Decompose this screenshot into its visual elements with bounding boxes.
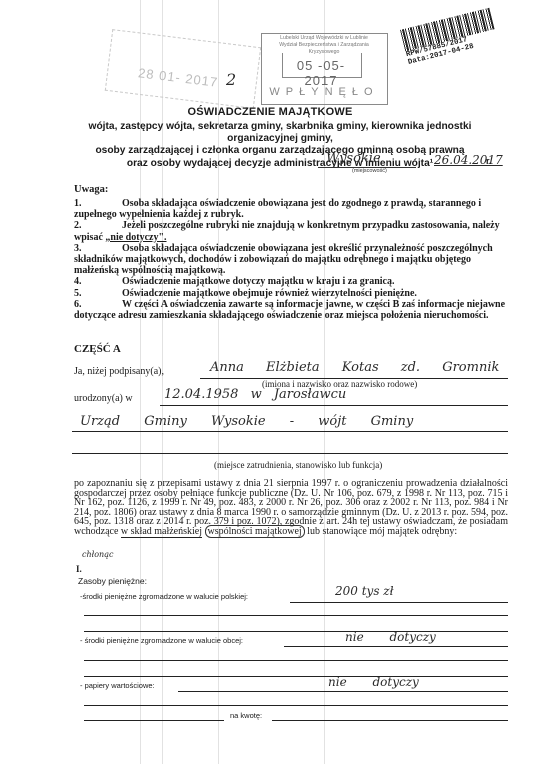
note-number: 2. — [74, 220, 122, 231]
field-line — [284, 646, 508, 647]
margin-handwritten-note: chłonąc — [82, 550, 113, 559]
part-a-heading: CZĘŚĆ A — [74, 343, 121, 355]
date-field-value[interactable]: 26.04.2017 — [434, 153, 503, 167]
employment-field-value[interactable]: Urząd Gminy Wysokie - wójt Gminy — [80, 414, 413, 429]
field-value-foreign-funds[interactable]: nie dotyczy — [345, 630, 436, 644]
note-text: Jeżeli poszczególne rubryki nie znajdują… — [122, 220, 500, 231]
notes-list: 1.Osoba składająca oświadczenie obowiąza… — [74, 198, 510, 321]
incoming-stamp-mark: 2 — [226, 70, 236, 89]
amount-field-line[interactable] — [272, 720, 508, 721]
note-number: 3. — [74, 243, 122, 254]
field-line — [290, 602, 508, 603]
employment-field-line — [72, 431, 508, 432]
field-label-securities: - papiery wartościowe: — [80, 681, 155, 690]
field-line — [178, 691, 508, 692]
note-item: 5.Oświadczenie majątkowe obejmuje równie… — [74, 288, 510, 299]
born-field-line — [160, 405, 508, 406]
note-text: Oświadczenie majątkowe obejmuje również … — [122, 288, 417, 299]
field-label-pln-funds: -środki pieniężne zgromadzone w walucie … — [80, 592, 248, 601]
field-value-pln-funds[interactable]: 200 tys zł — [335, 584, 394, 598]
incoming-stamp-frame — [105, 29, 261, 109]
note-text: Oświadczenie majątkowe dotyczy majątku w… — [122, 276, 394, 287]
note-item: 2.Jeżeli poszczególne rubryki nie znajdu… — [74, 220, 510, 242]
note-text-cont: składników majątkowych, dochodów i zobow… — [74, 254, 510, 276]
document-title: OŚWIADCZENIE MAJĄTKOWE — [0, 106, 540, 118]
employment-field-caption: (miejsce zatrudnienia, stanowisko lub fu… — [214, 460, 382, 470]
note-item: 6.W części A oświadczenia zawarte są inf… — [74, 299, 510, 321]
statement-text: po zapoznaniu się z przepisami ustawy z … — [74, 479, 508, 537]
note-text: Osoba składająca oświadczenie obowiązana… — [122, 243, 493, 254]
notes-heading: Uwaga: — [74, 184, 108, 195]
note-item: 1.Osoba składająca oświadczenie obowiąza… — [74, 198, 510, 220]
note-text: Osoba składająca oświadczenie obowiązana… — [122, 198, 481, 209]
note-number: 1. — [74, 198, 122, 209]
born-label: urodzony(a) w — [74, 393, 133, 404]
date-suffix: r. — [486, 156, 492, 166]
field-line — [84, 660, 508, 661]
place-field-value[interactable]: Wysokie — [326, 151, 381, 166]
office-stamp-date: 05 -05- 2017 — [282, 58, 360, 88]
born-field-value[interactable]: 12.04.1958 w Jarosławcu — [164, 387, 346, 402]
office-stamp-received: WPŁYNĘŁO — [262, 86, 386, 98]
statement-marked-phrase: wspólności majątkowej — [205, 525, 305, 538]
field-label-foreign-funds: - środki pieniężne zgromadzone w walucie… — [80, 636, 243, 645]
field-line — [84, 615, 508, 616]
statement-text-end: lub stanowiące mój majątek odrębny: — [305, 526, 457, 537]
note-text-cont: zupełnego wypełnienia każdej z rubryk. — [74, 209, 510, 220]
name-label: Ja, niżej podpisany(a), — [74, 366, 164, 377]
statement-marked-phrase: w skład małżeńskiej — [121, 526, 202, 538]
subtitle-line: wójta, zastępcy wójta, sekretarza gminy,… — [60, 121, 500, 133]
note-number: 6. — [74, 299, 122, 310]
office-stamp-org-line1: Lubelski Urząd Wojewódzki w Lublinie — [264, 35, 384, 42]
section-heading: Zasoby pieniężne: — [78, 576, 147, 586]
place-field-caption: (miejscowość) — [352, 168, 387, 174]
field-line — [84, 705, 508, 706]
amount-label: na kwotę: — [230, 711, 262, 720]
note-text-cont: dotyczące adresu zamieszkania składające… — [74, 310, 510, 321]
field-line — [84, 631, 508, 632]
section-number: I. — [76, 564, 82, 574]
name-field-value[interactable]: Anna Elżbieta Kotas zd. Gromnik — [210, 360, 499, 375]
field-line — [84, 720, 224, 721]
registry-barcode-label: RPW/57885/2017 Data:2017-04-28 — [400, 6, 506, 67]
field-value-securities[interactable]: nie dotyczy — [328, 675, 419, 689]
note-number: 5. — [74, 288, 122, 299]
note-item: 4.Oświadczenie majątkowe dotyczy majątku… — [74, 276, 510, 287]
note-not-applicable-phrase: „nie dotyczy". — [105, 232, 166, 243]
employment-field-line — [72, 453, 508, 454]
note-text-cont: wpisać — [74, 232, 105, 243]
field-line — [84, 676, 508, 677]
note-number: 4. — [74, 276, 122, 287]
note-item: 3.Osoba składająca oświadczenie obowiąza… — [74, 243, 510, 277]
note-text: W części A oświadczenia zawarte są infor… — [122, 299, 505, 310]
subtitle-line: organizacyjnej gminy, — [60, 133, 500, 145]
